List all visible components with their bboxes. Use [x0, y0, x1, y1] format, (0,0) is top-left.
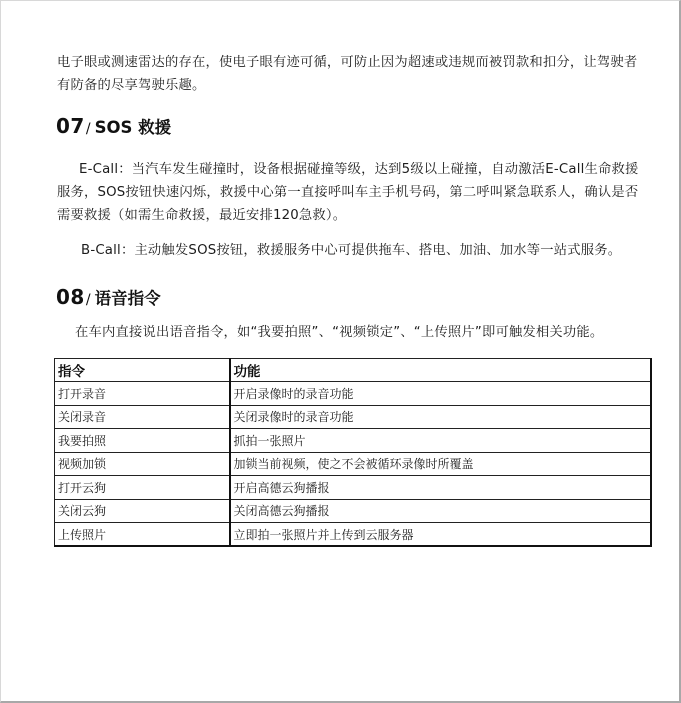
- command-cell: 视频加锁: [55, 452, 230, 476]
- function-cell: 开启高德云狗播报: [230, 476, 652, 500]
- section-slash: /: [86, 121, 91, 137]
- command-cell: 打开录音: [55, 382, 230, 406]
- function-cell: 加锁当前视频，使之不会被循环录像时所覆盖: [230, 452, 652, 476]
- table-header-row: 指令 功能: [55, 359, 652, 382]
- table-row: 关闭录音 关闭录像时的录音功能: [55, 405, 652, 429]
- ecall-paragraph: E-Call：当汽车发生碰撞时，设备根据碰撞等级，达到5级以上碰撞，自动激活E-…: [57, 158, 647, 227]
- function-cell: 开启录像时的录音功能: [230, 382, 652, 406]
- intro-paragraph: 电子眼或测速雷达的存在，使电子眼有迹可循，可防止因为超速或违规而被罚款和扣分，让…: [57, 51, 647, 97]
- command-cell: 关闭录音: [55, 405, 230, 429]
- table-row: 打开录音 开启录像时的录音功能: [55, 382, 652, 406]
- command-cell: 关闭云狗: [55, 499, 230, 523]
- section-number: 08: [56, 285, 85, 309]
- function-cell: 立即拍一张照片并上传到云服务器: [230, 523, 652, 547]
- voice-command-table: 指令 功能 打开录音 开启录像时的录音功能 关闭录音 关闭录像时的录音功能 我要…: [54, 358, 652, 547]
- document-page: 电子眼或测速雷达的存在，使电子眼有迹可循，可防止因为超速或违规而被罚款和扣分，让…: [0, 0, 681, 703]
- section-title: 语音指令: [95, 285, 161, 309]
- table-row: 打开云狗 开启高德云狗播报: [55, 476, 652, 500]
- table-row: 关闭云狗 关闭高德云狗播报: [55, 499, 652, 523]
- table-row: 我要拍照 抓拍一张照片: [55, 429, 652, 453]
- function-cell: 抓拍一张照片: [230, 429, 652, 453]
- command-cell: 打开云狗: [55, 476, 230, 500]
- command-cell: 上传照片: [55, 523, 230, 547]
- bcall-paragraph: B-Call：主动触发SOS按钮，救援服务中心可提供拖车、搭电、加油、加水等一站…: [57, 239, 647, 262]
- table-row: 上传照片 立即拍一张照片并上传到云服务器: [55, 523, 652, 547]
- section-heading-sos: 07 / SOS 救援: [56, 114, 171, 138]
- table-row: 视频加锁 加锁当前视频，使之不会被循环录像时所覆盖: [55, 452, 652, 476]
- section-heading-voice: 08 / 语音指令: [56, 285, 161, 309]
- section-title: SOS 救援: [95, 114, 172, 138]
- section-slash: /: [86, 292, 91, 308]
- function-cell: 关闭录像时的录音功能: [230, 405, 652, 429]
- command-cell: 我要拍照: [55, 429, 230, 453]
- header-command: 指令: [55, 359, 230, 382]
- header-function: 功能: [230, 359, 652, 382]
- function-cell: 关闭高德云狗播报: [230, 499, 652, 523]
- voice-description: 在车内直接说出语音指令，如“我要拍照”、“视频锁定”、“上传照片”即可触发相关功…: [57, 321, 647, 344]
- section-number: 07: [56, 114, 85, 138]
